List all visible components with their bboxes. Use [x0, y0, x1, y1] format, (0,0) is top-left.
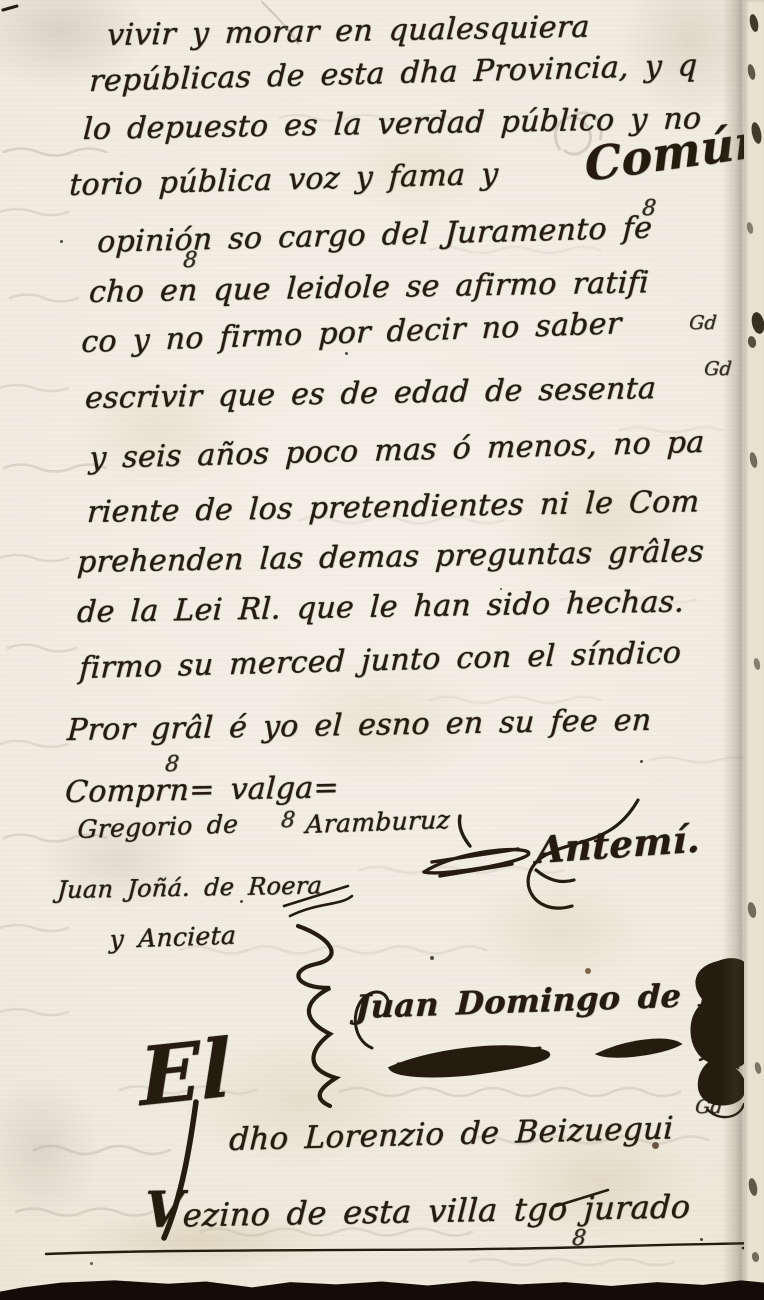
bleedthrough-squiggle	[430, 697, 600, 703]
paper-stain	[470, 870, 650, 990]
bleedthrough-squiggle	[470, 1137, 708, 1144]
paper-stain	[40, 810, 200, 910]
manuscript-line: y seis años poco mas ó menos, no pa	[88, 425, 705, 476]
closing-line: Vezino de esta villa tgo jurado	[143, 1170, 692, 1239]
ink-speck	[500, 588, 502, 590]
manuscript-line: de la Lei Rl. que le han sido hechas.	[76, 584, 685, 630]
antemi-flourish	[528, 800, 638, 908]
manuscript-line: Pror grâl é yo el esno en su fee en	[66, 703, 652, 748]
ink-speck	[700, 1238, 703, 1241]
manuscript-line: vivir y morar en qualesquiera	[106, 10, 590, 53]
marginal-mark: 8	[164, 752, 180, 777]
closing-line: dho Lorenzio de Beizuegui	[228, 1110, 674, 1158]
signature: Juan Joñá. de Roera	[57, 871, 323, 904]
marginal-mark: 8	[641, 196, 657, 221]
signature: Aramburuz	[305, 805, 451, 839]
bleedthrough-squiggle	[470, 1259, 674, 1265]
bleedthrough-squiggle	[0, 925, 68, 931]
aramburuz-rubric	[424, 816, 529, 876]
adjacent-page-edge	[744, 0, 764, 1300]
ink-speck	[345, 352, 348, 355]
manuscript-line: repúblicas de esta dha Provincia, y q	[88, 48, 698, 99]
manuscript-line: lo depuesto es la verdad público y no	[82, 101, 702, 147]
tgo-cross-stroke	[556, 1190, 608, 1206]
elola-underline-right	[598, 1040, 680, 1056]
ink-speck	[60, 240, 63, 243]
marginal-mark: 8	[182, 248, 198, 273]
bleedthrough-squiggle	[16, 1209, 152, 1216]
marginal-mark: Gd	[688, 312, 717, 334]
bleedthrough-squiggle	[4, 465, 106, 472]
bleedthrough-spiral	[555, 113, 601, 154]
ancieta-rubric	[298, 926, 336, 1106]
ink-speck	[652, 1142, 659, 1149]
page-fold-crease	[722, 0, 746, 1300]
ink-speck	[430, 956, 434, 960]
handwritten-text-layer: vivir y morar en qualesquierarepúblicas …	[0, 0, 764, 1300]
corner-pen-mark	[3, 6, 17, 10]
bleedthrough-squiggle	[0, 209, 68, 215]
signature: Antemí.	[536, 817, 700, 873]
bleedthrough-layer	[0, 0, 764, 1300]
marginal-mark: 8	[280, 808, 296, 833]
bleedthrough-squiggle	[120, 1087, 256, 1094]
bleedthrough-squiggle	[340, 1088, 680, 1096]
bleedthrough-squiggle	[0, 555, 68, 561]
paper-stain	[0, 0, 150, 90]
manuscript-line: opinión so cargo del Juramento fe	[96, 210, 652, 260]
manuscript-line: prehenden las demas preguntas grâles	[76, 534, 705, 580]
manuscript-line: co y no firmo por decir no saber	[81, 306, 622, 360]
bleedthrough-squiggle	[0, 385, 68, 391]
paper-stain	[70, 1210, 330, 1270]
paper-stain	[180, 1030, 420, 1170]
elola-underline-left	[390, 1047, 549, 1076]
signature: y Ancieta	[109, 921, 237, 954]
ink-speck	[90, 1262, 93, 1265]
bleedthrough-squiggle	[560, 598, 696, 603]
el-initial-descender	[164, 1102, 196, 1238]
signature: Gregorio de	[77, 809, 239, 844]
bleedthrough-squiggle	[34, 1146, 170, 1154]
manuscript-line: torio pública voz y fama y	[68, 157, 499, 203]
closing-line: El	[138, 1020, 233, 1124]
bleedthrough-squiggle	[4, 835, 106, 842]
paper-stain	[270, 655, 490, 785]
manuscript-line: escrivir que es de edad de sesenta	[84, 371, 657, 416]
ink-speck	[585, 968, 591, 974]
bleedthrough-squiggle	[0, 741, 68, 747]
bleedthrough-squiggle	[280, 115, 484, 121]
flourish-layer	[0, 0, 764, 1300]
closing-rule-line	[46, 1243, 757, 1254]
paper-stain	[70, 370, 250, 490]
manuscript-line: riente de los pretendientes ni le Com	[86, 484, 700, 530]
paper-stain	[340, 125, 500, 215]
bleedthrough-squiggle	[8, 645, 76, 652]
ink-speck	[240, 900, 243, 903]
paper-stain	[500, 1120, 700, 1240]
bleedthrough-squiggle	[360, 867, 564, 873]
ink-speck	[640, 760, 643, 763]
roera-rubric	[284, 886, 352, 916]
paper-stain	[500, 450, 700, 590]
stain-layer	[0, 0, 764, 1300]
bleedthrough-squiggle	[0, 1009, 68, 1015]
manuscript-line: cho en que leidole se afirmo ratifi	[88, 265, 650, 310]
manuscript-line: firmo su merced junto con el síndico	[78, 635, 681, 686]
adjacent-page-ink-marks	[0, 0, 764, 1300]
bleedthrough-squiggle	[10, 295, 78, 302]
signature: Juan Domingo de Elola	[355, 973, 764, 1026]
marginal-mark: 8	[571, 1226, 587, 1251]
manuscript-line: Comprn= valga=	[64, 770, 340, 810]
paper-stain	[0, 1075, 100, 1225]
bleedthrough-squiggle	[200, 1229, 472, 1236]
bleedthrough-squiggle	[430, 247, 600, 253]
bleedthrough-squiggle	[620, 428, 722, 433]
manuscript-page: vivir y morar en qualesquierarepúblicas …	[0, 0, 764, 1300]
bottom-tear-shadow	[0, 1272, 764, 1300]
top-crease-mark	[262, 2, 298, 44]
marginal-mark: Gd	[694, 1096, 723, 1118]
elola-lead-swash	[355, 992, 388, 1048]
bleedthrough-squiggle	[180, 947, 486, 954]
bleedthrough-squiggle	[4, 149, 106, 156]
bleedthrough-squiggle	[300, 517, 504, 524]
